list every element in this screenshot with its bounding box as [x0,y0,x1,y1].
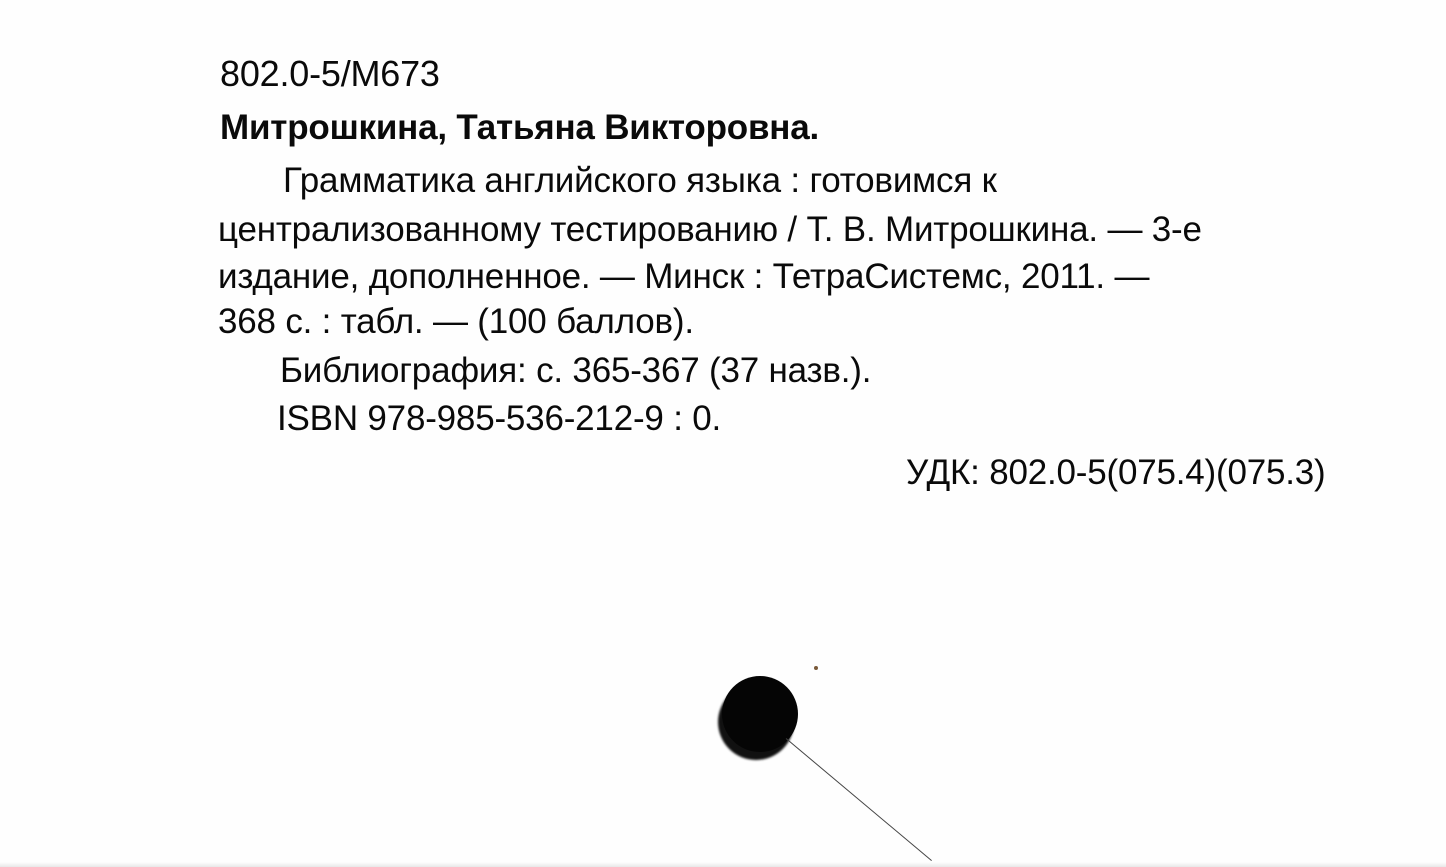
description-line: издание, дополненное. — Минск : ТетраСис… [218,255,1149,299]
card-edge [0,862,1446,867]
description-line: централизованному тестированию / Т. В. М… [218,208,1202,252]
shelfmark: 802.0-5/М673 [220,52,440,96]
author-heading: Митрошкина, Татьяна Викторовна. [220,106,819,150]
dust-speck [814,666,818,670]
catalog-card: 802.0-5/М673 Митрошкина, Татьяна Викторо… [0,0,1446,867]
udc-classification: УДК: 802.0-5(075.4)(075.3) [906,451,1326,495]
description-line: Грамматика английского языка : готовимся… [283,159,997,203]
description-line: 368 с. : табл. — (100 баллов). [218,300,694,344]
thread-line [786,738,932,861]
bibliography-note: Библиография: с. 365-367 (37 назв.). [280,349,871,393]
isbn: ISBN 978-985-536-212-9 : 0. [277,397,721,441]
